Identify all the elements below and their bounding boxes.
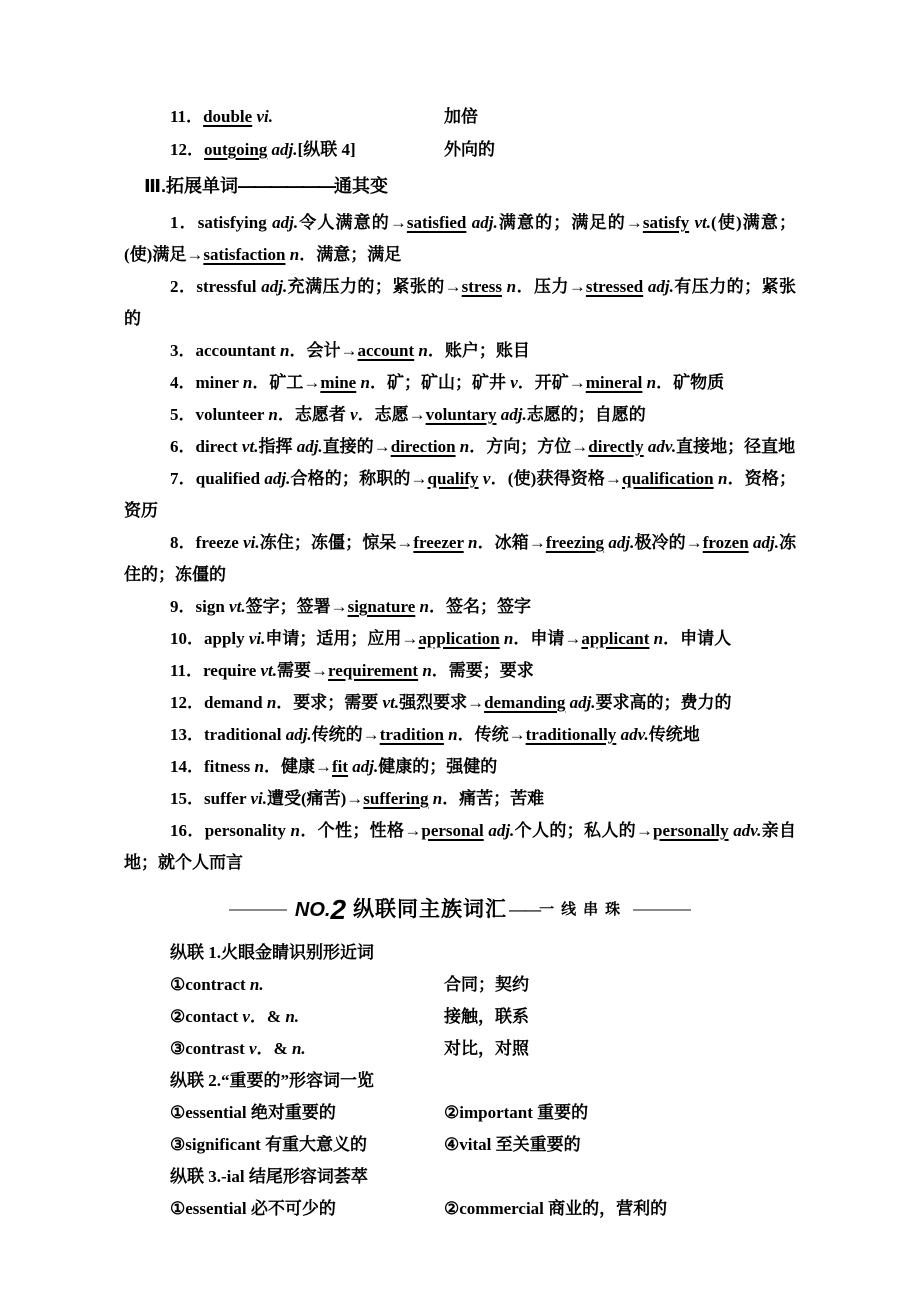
derived-word: applicant xyxy=(581,629,649,648)
vocab-row: ①contract n.合同；契约 xyxy=(124,969,796,1001)
cn-text: ．需要；要求 xyxy=(432,661,534,680)
derived-word: freezer xyxy=(413,533,463,552)
pos-label: n xyxy=(448,725,457,744)
derived-word: demanding xyxy=(484,693,565,712)
vocab-item: 4．miner n．矿工→mine n．矿；矿山；矿井 v．开矿→mineral… xyxy=(124,367,796,399)
cn-text: 重要的 xyxy=(537,1103,588,1122)
no2-number: 2 xyxy=(330,896,346,924)
pos-label: vi. xyxy=(243,533,260,552)
item-number: 16． xyxy=(170,821,205,840)
derived-word: application xyxy=(418,629,499,648)
derived-word: mineral xyxy=(586,373,643,392)
vocab-item: 13．traditional adj.传统的→tradition n．传统→tr… xyxy=(124,719,796,751)
vocab-item: 10．apply vi.申请；适用；应用→application n．申请→ap… xyxy=(124,623,796,655)
pos-label: n. xyxy=(250,975,264,994)
group-heading: 纵联 3.-ial 结尾形容词荟萃 xyxy=(124,1161,796,1193)
item-number: 11． xyxy=(170,661,203,680)
item-number: 12． xyxy=(170,693,204,712)
pos-label: vt. xyxy=(242,437,259,456)
cn-text: ．要求；需要 xyxy=(276,693,382,712)
cn-text: ② xyxy=(170,1007,185,1026)
headword: essential xyxy=(185,1103,251,1122)
cn-text: ．(使)获得资格→ xyxy=(490,469,622,488)
item-number: 13． xyxy=(170,725,204,744)
derived-word: account xyxy=(358,341,415,360)
headword: freeze xyxy=(196,533,243,552)
derived-word: qualification xyxy=(622,469,714,488)
headword: apply xyxy=(204,629,249,648)
vocab-item: 16．personality n．个性；性格→personal adj.个人的；… xyxy=(124,815,796,879)
cn-text: 绝对重要的 xyxy=(251,1103,336,1122)
cn-text: ② xyxy=(444,1103,459,1122)
headword: sign xyxy=(196,597,230,616)
row-right: 合同；契约 xyxy=(444,969,529,1001)
vocab-row: 12．outgoing adj.[纵联 4]外向的 xyxy=(124,133,796,166)
item-number: 3． xyxy=(170,341,196,360)
vocab-item: 1．satisfying adj.令人满意的→satisfied adj.满意的… xyxy=(124,207,796,271)
row-left: ③significant 有重大意义的 xyxy=(170,1135,367,1154)
cn-text: 令人满意的→ xyxy=(298,213,407,232)
pos-label: n xyxy=(290,245,299,264)
cn-text: ．开矿→ xyxy=(518,373,586,392)
cn-text: ③ xyxy=(170,1039,185,1058)
no2-title: 纵联同主族词汇 xyxy=(353,894,507,926)
pos-label: n xyxy=(268,405,277,424)
cn-text: ．& xyxy=(250,1007,285,1026)
row-left: ①essential 绝对重要的 xyxy=(170,1103,336,1122)
cn-text: ② xyxy=(444,1199,459,1218)
vocab-row: ③contrast v．& n.对比，对照 xyxy=(124,1033,796,1065)
pos-label: n xyxy=(504,629,513,648)
cn-text: ．签名；签字 xyxy=(429,597,531,616)
section3-title: Ⅲ.拓展单词 xyxy=(144,176,238,196)
headword: commercial xyxy=(459,1199,548,1218)
vocab-item: 14．fitness n．健康→fit adj.健康的；强健的 xyxy=(124,751,796,783)
headword: accountant xyxy=(196,341,281,360)
row-left: ①essential 必不可少的 xyxy=(170,1199,336,1218)
cn-text: ．压力→ xyxy=(516,277,586,296)
derived-word: satisfy xyxy=(643,213,689,232)
vocab-row: ①essential 绝对重要的②important 重要的 xyxy=(124,1097,796,1129)
section3-subtitle: 通其变 xyxy=(334,176,388,196)
item-number: 1． xyxy=(170,213,198,232)
headword: vital xyxy=(459,1135,495,1154)
pos-label: vi. xyxy=(256,107,273,126)
derived-word: suffering xyxy=(363,789,428,808)
row-right: ②commercial 商业的，营利的 xyxy=(444,1193,667,1225)
cn-text: ．矿；矿山；矿井 xyxy=(370,373,510,392)
cn-text: 冻住；冻僵；惊呆→ xyxy=(260,533,414,552)
derived-word: directly xyxy=(588,437,643,456)
pos-label: adj. xyxy=(472,213,498,232)
decorative-line xyxy=(633,909,691,911)
pos-label: n xyxy=(267,693,276,712)
cn-text: ① xyxy=(170,1199,185,1218)
cn-text: ．会计→ xyxy=(290,341,358,360)
row-left: ②contact v．& n. xyxy=(170,1007,299,1026)
derived-word: stress xyxy=(462,277,502,296)
cn-text: 接触，联系 xyxy=(444,1007,529,1026)
pos-label: v xyxy=(510,373,518,392)
pos-label: n xyxy=(422,661,431,680)
item-number: 2． xyxy=(170,277,196,296)
pos-label: adj. xyxy=(352,757,378,776)
pos-label: n xyxy=(647,373,656,392)
cn-text: ．矿工→ xyxy=(252,373,320,392)
headword: direct xyxy=(196,437,242,456)
pos-label: adj. xyxy=(501,405,527,424)
pos-label: adj. xyxy=(570,693,596,712)
cn-text: 直接地；径直地 xyxy=(676,437,795,456)
headword: suffer xyxy=(204,789,250,808)
cn-text: ．申请人 xyxy=(663,629,731,648)
derived-word: outgoing xyxy=(204,140,267,159)
item-number: 6． xyxy=(170,437,196,456)
no2-label: NO. xyxy=(295,894,331,926)
pos-label: n xyxy=(360,373,369,392)
pos-label: n xyxy=(291,821,300,840)
pos-label: vi. xyxy=(249,629,266,648)
derived-word: personally xyxy=(653,821,729,840)
item-number: 5． xyxy=(170,405,196,424)
pos-label: n xyxy=(433,789,442,808)
row-right: ④vital 至关重要的 xyxy=(444,1129,581,1161)
pos-label: n xyxy=(420,597,429,616)
pos-label: adj. xyxy=(753,533,779,552)
pos-label: n xyxy=(255,757,264,776)
derived-word: direction xyxy=(391,437,456,456)
pos-label: n xyxy=(507,277,516,296)
headword: important xyxy=(459,1103,537,1122)
pos-label: adj. xyxy=(488,821,514,840)
row-right: 对比，对照 xyxy=(444,1033,529,1065)
cn-text: ．矿物质 xyxy=(656,373,724,392)
derived-word: satisfaction xyxy=(203,245,285,264)
derived-word: signature xyxy=(348,597,416,616)
pos-label: v xyxy=(249,1039,257,1058)
cn-text: ．& xyxy=(257,1039,292,1058)
vocab-row: ③significant 有重大意义的④vital 至关重要的 xyxy=(124,1129,796,1161)
pos-label: n xyxy=(243,373,252,392)
headword: fitness xyxy=(204,757,255,776)
vocab-row: ②contact v．& n.接触，联系 xyxy=(124,1001,796,1033)
cn-text: 满意的；满足的→ xyxy=(498,213,643,232)
headword: stressful xyxy=(196,277,261,296)
cn-text: ．痛苦；苦难 xyxy=(442,789,544,808)
derived-word: double xyxy=(203,107,252,126)
vocab-item: 5．volunteer n．志愿者 v．志愿→voluntary adj.志愿的… xyxy=(124,399,796,431)
vocab-item: 2．stressful adj.充满压力的；紧张的→stress n．压力→st… xyxy=(124,271,796,335)
row-right: 接触，联系 xyxy=(444,1001,529,1033)
vocab-item: 6．direct vt.指挥 adj.直接的→direction n．方向；方位… xyxy=(124,431,796,463)
cn-text: 传统的→ xyxy=(312,725,380,744)
group-heading: 纵联 2.“重要的”形容词一览 xyxy=(124,1065,796,1097)
cn-text: 遭受(痛苦)→ xyxy=(267,789,363,808)
cn-text: 指挥 xyxy=(258,437,296,456)
pos-label: n xyxy=(460,437,469,456)
vocab-item: 3．accountant n．会计→account n．账户；账目 xyxy=(124,335,796,367)
pos-label: n xyxy=(418,341,427,360)
cn-text: ．冰箱→ xyxy=(478,533,546,552)
headword: contact xyxy=(185,1007,242,1026)
cn-text: 必不可少的 xyxy=(251,1199,336,1218)
word-family-groups: 纵联 1.火眼金睛识别形近词①contract n.合同；契约②contact … xyxy=(124,937,796,1225)
group-heading: 纵联 1.火眼金睛识别形近词 xyxy=(124,937,796,969)
derived-word: freezing xyxy=(546,533,604,552)
pos-label: vt. xyxy=(261,661,278,680)
cn-text: ．志愿→ xyxy=(358,405,426,424)
cn-text: 对比，对照 xyxy=(444,1039,529,1058)
derived-word: requirement xyxy=(328,661,418,680)
pos-label: adv. xyxy=(733,821,761,840)
cn-text: ．健康→ xyxy=(264,757,332,776)
item-number: 7． xyxy=(170,469,196,488)
vocab-item: 11．require vt.需要→requirement n．需要；要求 xyxy=(124,655,796,687)
dash-line: —— xyxy=(509,894,539,926)
vocab-item: 7．qualified adj.合格的；称职的→qualify v．(使)获得资… xyxy=(124,463,796,527)
cn-text: ④ xyxy=(444,1135,459,1154)
pos-label: n xyxy=(468,533,477,552)
headword: contract xyxy=(185,975,250,994)
derived-word: frozen xyxy=(703,533,749,552)
cn-text: 合同；契约 xyxy=(444,975,529,994)
section-no2-banner: NO. 2 纵联同主族词汇 —— 一线串珠 xyxy=(124,892,796,928)
headword: qualified xyxy=(196,469,265,488)
vocab-item: 9．sign vt.签字；签署→signature n．签名；签字 xyxy=(124,591,796,623)
cn-text: 合格的；称职的→ xyxy=(290,469,427,488)
meaning-text: 外向的 xyxy=(444,133,495,166)
cn-text: 健康的；强健的 xyxy=(378,757,497,776)
headword: traditional xyxy=(204,725,286,744)
cn-text: 个人的；私人的→ xyxy=(514,821,653,840)
cn-text: ．志愿者 xyxy=(278,405,350,424)
row-left: ①contract n. xyxy=(170,975,264,994)
pos-label: vt. xyxy=(229,597,246,616)
pos-label: adj. xyxy=(272,213,298,232)
row-left: ③contrast v．& n. xyxy=(170,1039,306,1058)
headword: personality xyxy=(205,821,291,840)
derived-word: qualify xyxy=(427,469,478,488)
cn-text: 志愿的；自愿的 xyxy=(527,405,646,424)
cn-text: [纵联 4] xyxy=(298,140,356,159)
headword: volunteer xyxy=(196,405,269,424)
cn-text: ．满意；满足 xyxy=(299,245,401,264)
cn-text: 要求高的；费力的 xyxy=(596,693,732,712)
pos-label: n. xyxy=(285,1007,299,1026)
item-number: 10． xyxy=(170,629,204,648)
headword: miner xyxy=(196,373,243,392)
pos-label: vi. xyxy=(250,789,267,808)
pos-label: n. xyxy=(292,1039,306,1058)
row-right: ②important 重要的 xyxy=(444,1097,588,1129)
dash-line: —————— xyxy=(238,176,334,196)
pos-label: v xyxy=(350,405,358,424)
pos-label: adj. xyxy=(261,277,287,296)
vocab-row: ①essential 必不可少的②commercial 商业的，营利的 xyxy=(124,1193,796,1225)
item-number: 11． xyxy=(170,107,203,126)
headword: satisfying xyxy=(198,213,272,232)
cn-text: 强烈要求→ xyxy=(399,693,484,712)
decorative-line xyxy=(229,909,287,911)
cn-text: ．传统→ xyxy=(458,725,526,744)
pos-label: adv. xyxy=(648,437,676,456)
vocab-item: 12．demand n．要求；需要 vt.强烈要求→demanding adj.… xyxy=(124,687,796,719)
cn-text: 充满压力的；紧张的→ xyxy=(287,277,461,296)
meaning-text: 加倍 xyxy=(444,100,478,133)
derived-word: satisfied xyxy=(407,213,467,232)
pos-label: n xyxy=(654,629,663,648)
document-page: 11．double vi.加倍12．outgoing adj.[纵联 4]外向的… xyxy=(0,0,920,1302)
cn-text: ．申请→ xyxy=(513,629,581,648)
pos-label: adj. xyxy=(297,437,323,456)
cn-text: ③ xyxy=(170,1135,185,1154)
derived-word: fit xyxy=(332,757,348,776)
vocab-row: 11．double vi.加倍 xyxy=(124,100,796,133)
derived-word: stressed xyxy=(586,277,643,296)
cn-text: ① xyxy=(170,975,185,994)
cn-text: ．方向；方位→ xyxy=(469,437,588,456)
derived-word: mine xyxy=(320,373,356,392)
cn-text: 签字；签署→ xyxy=(246,597,348,616)
cn-text: 传统地 xyxy=(649,725,700,744)
headword: significant xyxy=(185,1135,265,1154)
item-number: 14． xyxy=(170,757,204,776)
headword: demand xyxy=(204,693,267,712)
derived-word: tradition xyxy=(380,725,444,744)
pos-label: n xyxy=(280,341,289,360)
cn-text: 极冷的→ xyxy=(634,533,702,552)
pos-label: vt. xyxy=(695,213,712,232)
pos-label: adj. xyxy=(264,469,290,488)
pos-label: adj. xyxy=(648,277,674,296)
cn-text: 申请；适用；应用→ xyxy=(265,629,418,648)
cn-text: ．账户；账目 xyxy=(428,341,530,360)
pos-label: adj. xyxy=(286,725,312,744)
cn-text: 有重大意义的 xyxy=(265,1135,367,1154)
expansion-word-list: 1．satisfying adj.令人满意的→satisfied adj.满意的… xyxy=(124,207,796,879)
derived-word: personal xyxy=(421,821,483,840)
section3-heading: Ⅲ.拓展单词——————通其变 xyxy=(144,169,796,203)
no2-subtitle: 一线串珠 xyxy=(539,894,627,926)
cn-text: 直接的→ xyxy=(323,437,391,456)
item-number: 12． xyxy=(170,140,204,159)
pos-label: adv. xyxy=(621,725,649,744)
pos-label: adj. xyxy=(272,140,298,159)
headword: require xyxy=(203,661,260,680)
cn-text: ．个性；性格→ xyxy=(300,821,421,840)
vocab-item: 15．suffer vi.遭受(痛苦)→suffering n．痛苦；苦难 xyxy=(124,783,796,815)
derived-word: traditionally xyxy=(526,725,617,744)
top-vocab-list: 11．double vi.加倍12．outgoing adj.[纵联 4]外向的 xyxy=(124,100,796,166)
headword: contrast xyxy=(185,1039,249,1058)
item-number: 9． xyxy=(170,597,196,616)
pos-label: adj. xyxy=(608,533,634,552)
item-number: 15． xyxy=(170,789,204,808)
item-number: 4． xyxy=(170,373,196,392)
cn-text: 至关重要的 xyxy=(496,1135,581,1154)
cn-text: ① xyxy=(170,1103,185,1122)
item-number: 8． xyxy=(170,533,196,552)
cn-text: 需要→ xyxy=(277,661,328,680)
vocab-item: 8．freeze vi.冻住；冻僵；惊呆→freezer n．冰箱→freezi… xyxy=(124,527,796,591)
pos-label: v xyxy=(242,1007,250,1026)
cn-text: 商业的，营利的 xyxy=(548,1199,667,1218)
headword: essential xyxy=(185,1199,251,1218)
pos-label: vt. xyxy=(383,693,400,712)
derived-word: voluntary xyxy=(426,405,497,424)
